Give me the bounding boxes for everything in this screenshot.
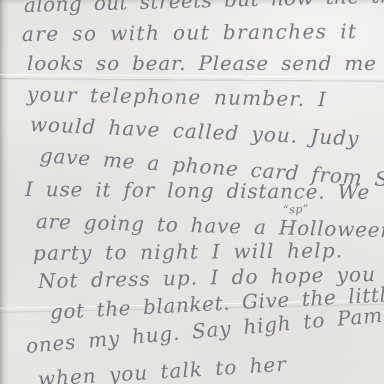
scan-edge-shadow-left [0, 0, 9, 384]
handwriting-line: party to night I will help. [33, 238, 344, 265]
handwriting-line: I use it for long distance. We [25, 177, 370, 204]
handwriting-line: looks so bear. Please send me [27, 51, 377, 75]
spelling-note: “sp” [283, 202, 310, 216]
handwriting-line: are so with out branches it [22, 19, 358, 46]
